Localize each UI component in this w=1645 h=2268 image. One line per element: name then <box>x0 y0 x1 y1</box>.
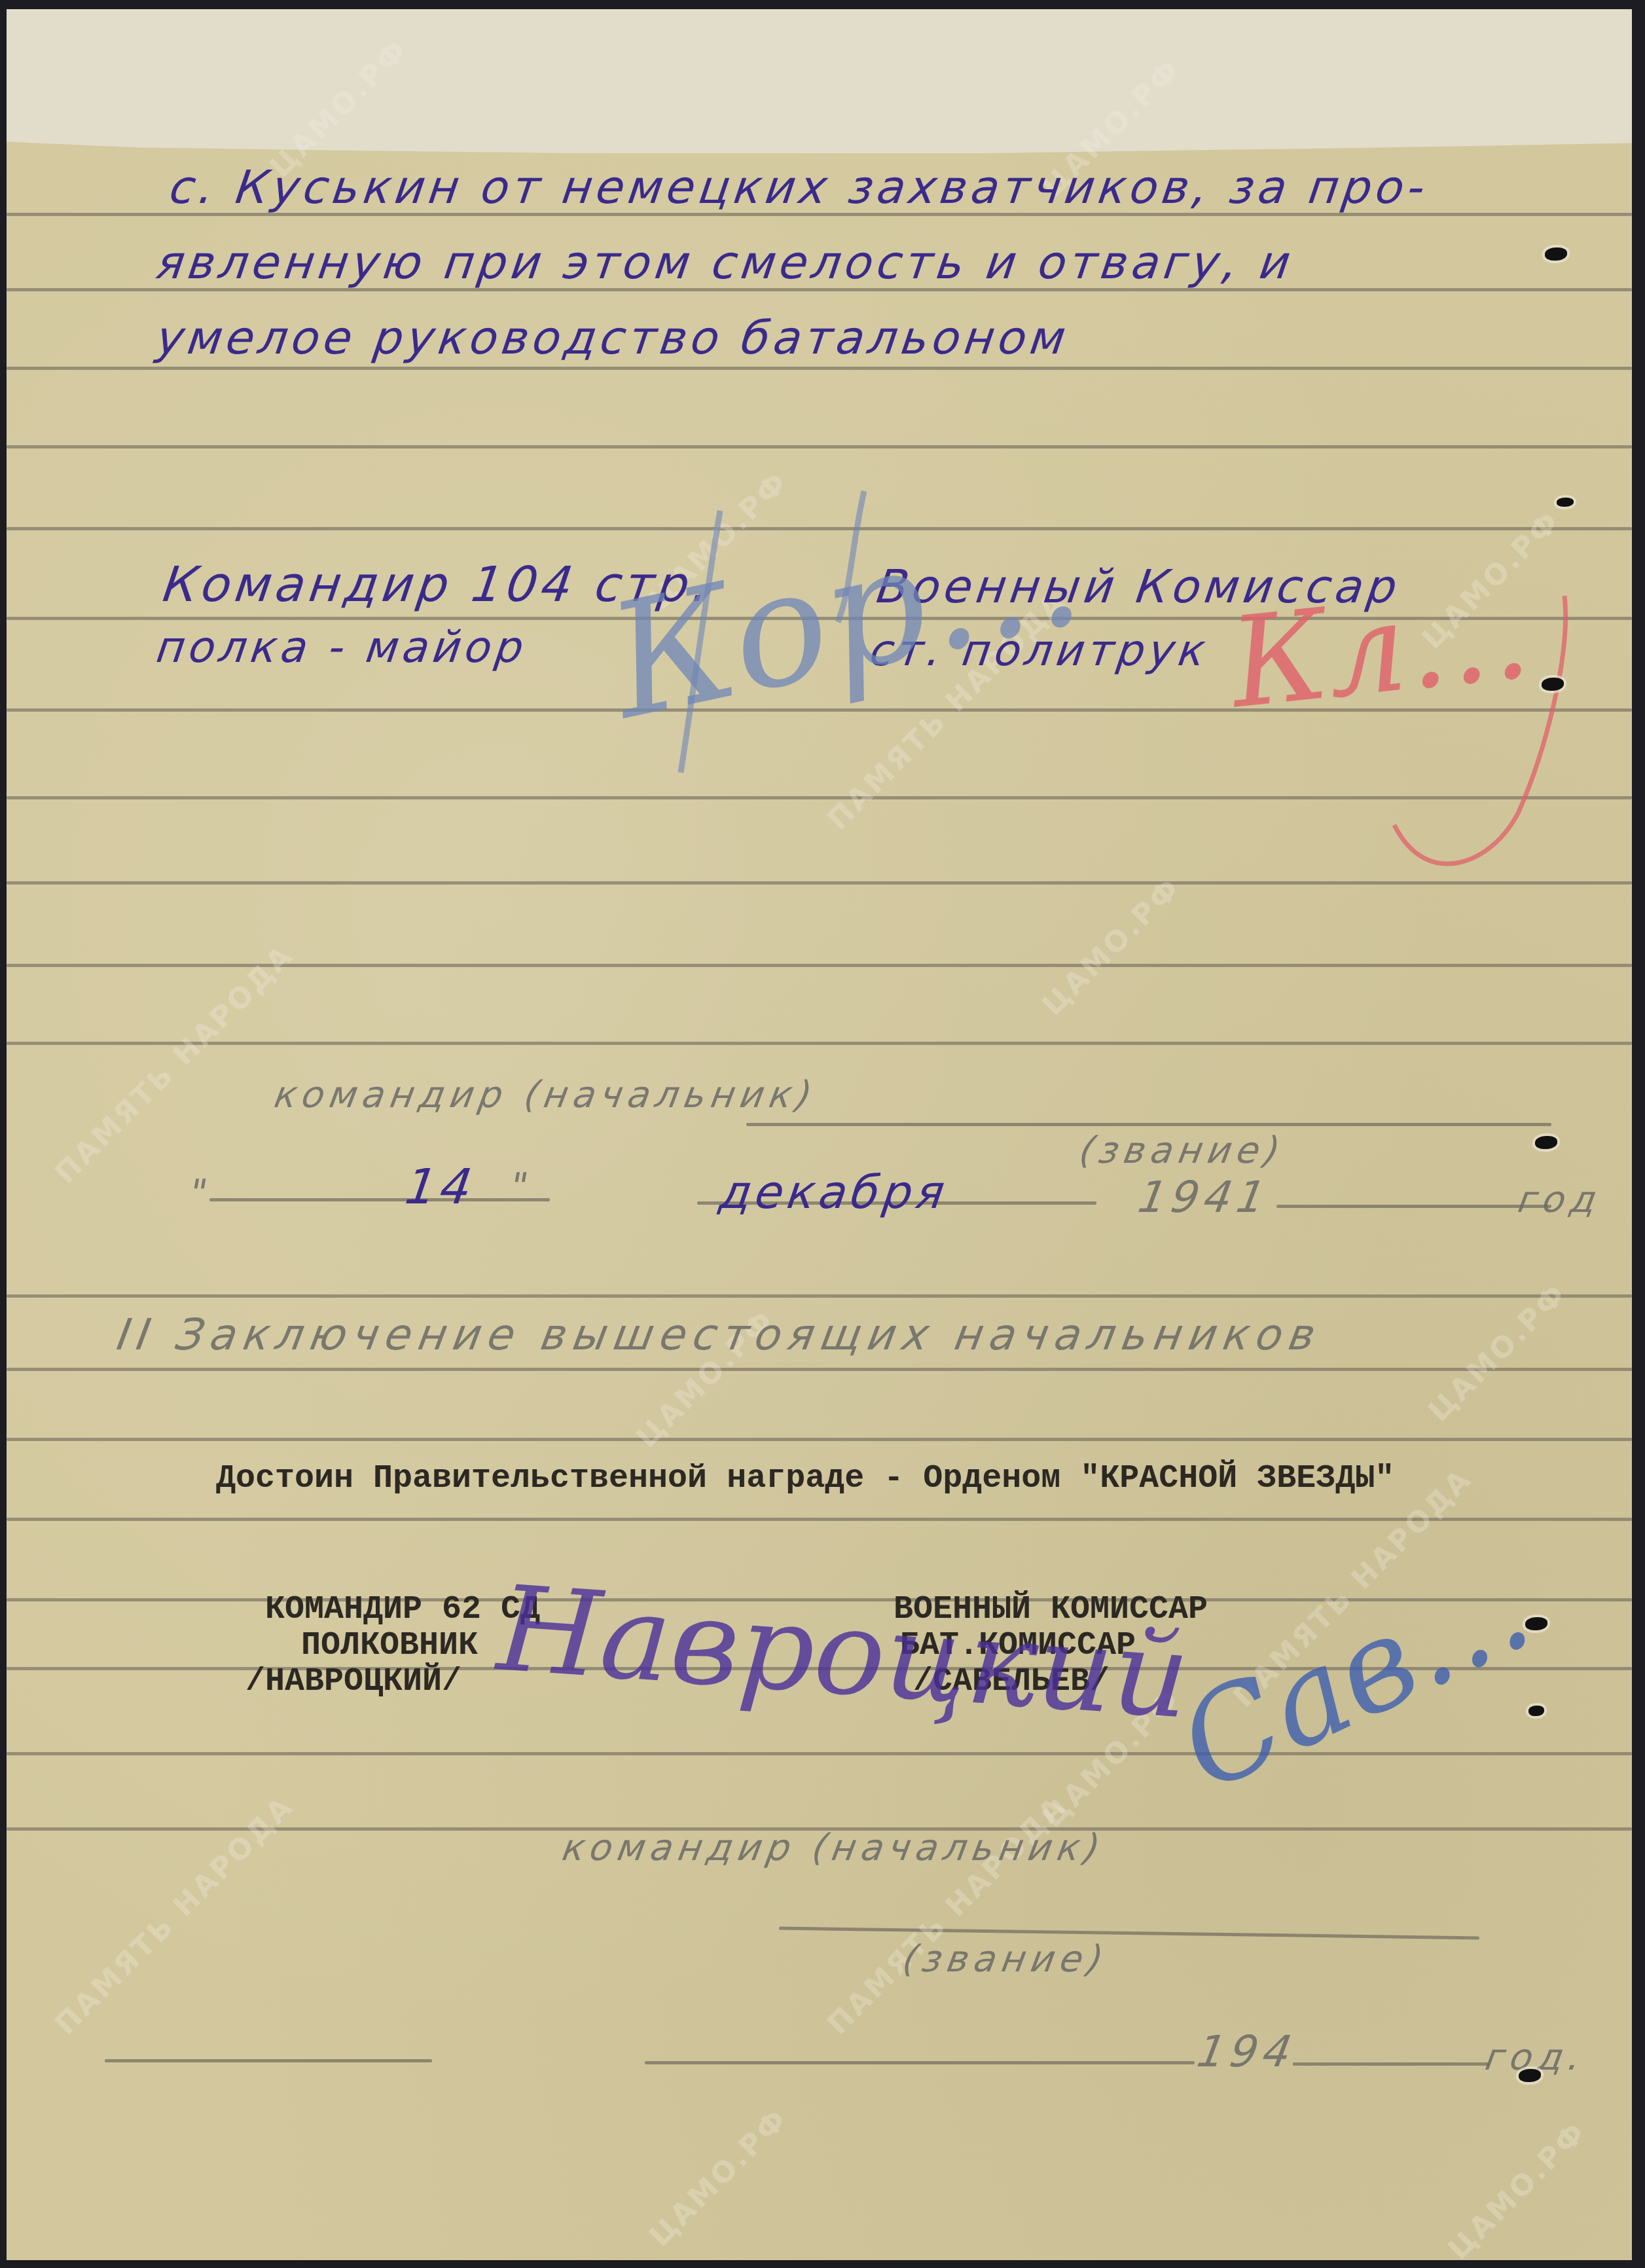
rank-label-1: (звание) <box>1076 1129 1288 1172</box>
division-commander-name: /НАВРОЦКИЙ/ <box>245 1663 461 1700</box>
date-year-prefix-2: 194 <box>1193 2026 1301 2077</box>
date-year: 1941 <box>1134 1172 1274 1222</box>
binding-hole <box>1545 247 1567 261</box>
date-day: 14 <box>402 1159 479 1215</box>
date-month: декабря <box>716 1165 952 1219</box>
binding-hole <box>1525 1617 1547 1630</box>
award-conclusion: Достоин Правительственной награде - Орде… <box>216 1460 1394 1497</box>
section-2-heading: II Заключение вышестоящих начальников <box>113 1309 1326 1360</box>
division-commander-rank: ПОЛКОВНИК <box>301 1627 478 1664</box>
binding-hole <box>1528 1706 1544 1716</box>
commissar-signature-flourish <box>0 0 1645 2268</box>
commander-label-2: командир (начальник) <box>559 1827 1108 1869</box>
rank-label-2: (звание) <box>899 1938 1112 1981</box>
binding-hole <box>1519 2069 1541 2082</box>
binding-hole <box>1557 498 1574 507</box>
commander-label-1: командир (начальник) <box>271 1074 820 1116</box>
binding-hole <box>1542 678 1564 691</box>
binding-hole <box>1535 1136 1557 1149</box>
date-year-suffix: год <box>1515 1179 1605 1221</box>
